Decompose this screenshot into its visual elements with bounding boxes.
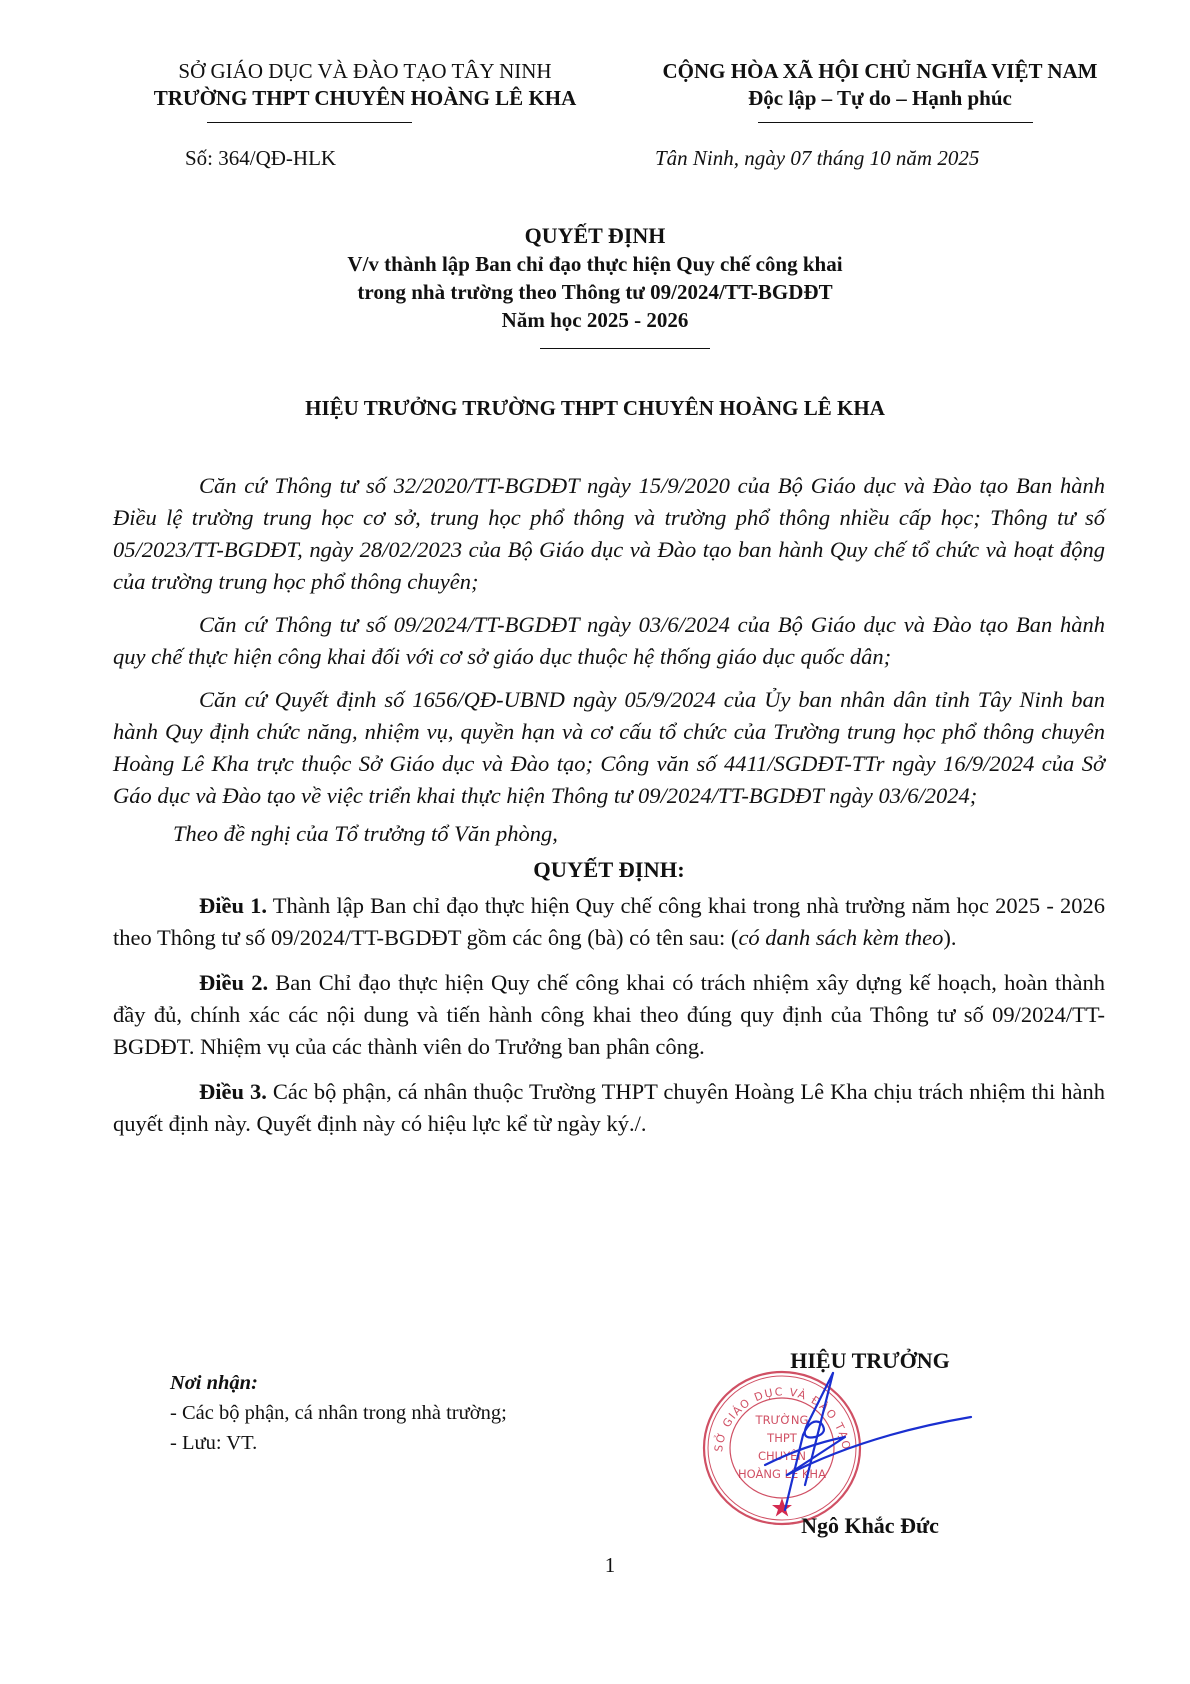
preamble-4: Theo đề nghị của Tổ trưởng tổ Văn phòng, bbox=[113, 818, 1105, 850]
recipients-heading: Nơi nhận: bbox=[170, 1368, 507, 1398]
article-2: Điều 2. Ban Chỉ đạo thực hiện Quy chế cô… bbox=[113, 967, 1105, 1063]
department-name: SỞ GIÁO DỤC VÀ ĐÀO TẠO TÂY NINH bbox=[100, 58, 630, 85]
national-motto: CỘNG HÒA XÃ HỘI CHỦ NGHĨA VIỆT NAM Độc l… bbox=[615, 58, 1145, 112]
article-1-italic: có danh sách kèm theo bbox=[738, 925, 943, 950]
recipient-item: - Các bộ phận, cá nhân trong nhà trường; bbox=[170, 1398, 507, 1428]
preamble-3: Căn cứ Quyết định số 1656/QĐ-UBND ngày 0… bbox=[113, 684, 1105, 812]
header-right-underline bbox=[758, 122, 1033, 123]
article-1: Điều 1. Thành lập Ban chỉ đạo thực hiện … bbox=[113, 890, 1105, 954]
country-name: CỘNG HÒA XÃ HỘI CHỦ NGHĨA VIỆT NAM bbox=[615, 58, 1145, 85]
document-body: Căn cứ Thông tư số 32/2020/TT-BGDĐT ngày… bbox=[113, 470, 1105, 1153]
page-number: 1 bbox=[580, 1553, 640, 1578]
decision-heading: QUYẾT ĐỊNH: bbox=[113, 854, 1105, 886]
header-left-underline bbox=[207, 122, 412, 123]
school-year: Năm học 2025 - 2026 bbox=[200, 306, 990, 334]
issuing-agency: SỞ GIÁO DỤC VÀ ĐÀO TẠO TÂY NINH TRƯỜNG T… bbox=[100, 58, 630, 112]
document-number: Số: 364/QĐ-HLK bbox=[185, 146, 336, 171]
preamble-2: Căn cứ Thông tư số 09/2024/TT-BGDĐT ngày… bbox=[113, 609, 1105, 673]
document-title: QUYẾT ĐỊNH V/v thành lập Ban chỉ đạo thự… bbox=[200, 222, 990, 334]
article-2-label: Điều 2. bbox=[199, 970, 268, 995]
handwritten-signature bbox=[745, 1355, 975, 1515]
recipient-item: - Lưu: VT. bbox=[170, 1428, 507, 1458]
recipients: Nơi nhận: - Các bộ phận, cá nhân trong n… bbox=[170, 1368, 507, 1458]
article-3-label: Điều 3. bbox=[199, 1079, 267, 1104]
issuing-authority: HIỆU TRƯỞNG TRƯỜNG THPT CHUYÊN HOÀNG LÊ … bbox=[100, 396, 1090, 421]
article-3: Điều 3. Các bộ phận, cá nhân thuộc Trườn… bbox=[113, 1076, 1105, 1140]
subject-line-1: V/v thành lập Ban chỉ đạo thực hiện Quy … bbox=[200, 250, 990, 278]
article-1-label: Điều 1. bbox=[199, 893, 267, 918]
title-main: QUYẾT ĐỊNH bbox=[200, 222, 990, 250]
title-underline bbox=[540, 348, 710, 349]
signer-name: Ngô Khắc Đức bbox=[760, 1513, 980, 1539]
place-date: Tân Ninh, ngày 07 tháng 10 năm 2025 bbox=[655, 146, 979, 171]
motto: Độc lập – Tự do – Hạnh phúc bbox=[615, 85, 1145, 112]
article-1-tail: ). bbox=[943, 925, 956, 950]
school-name: TRƯỜNG THPT CHUYÊN HOÀNG LÊ KHA bbox=[100, 85, 630, 112]
preamble-1: Căn cứ Thông tư số 32/2020/TT-BGDĐT ngày… bbox=[113, 470, 1105, 598]
subject-line-2: trong nhà trường theo Thông tư 09/2024/T… bbox=[200, 278, 990, 306]
